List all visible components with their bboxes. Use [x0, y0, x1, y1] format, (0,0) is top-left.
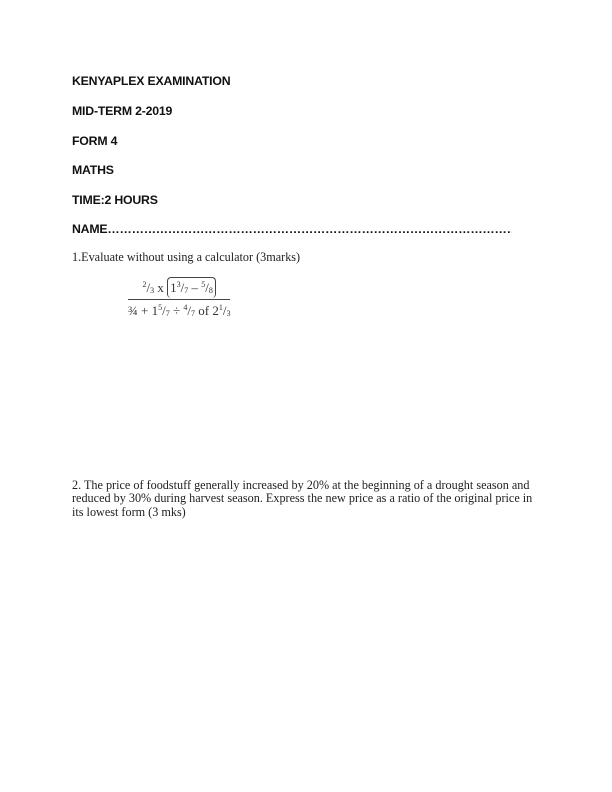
bracket-group: 13/7 – 5/8	[167, 277, 216, 298]
frac-num: 3	[177, 280, 181, 289]
frac-den: 7	[184, 286, 188, 295]
frac-num: 5	[158, 303, 162, 312]
frac-num: 5	[201, 280, 205, 289]
frac-num: 1	[219, 303, 223, 312]
expression-denominator: ¾ + 15/7 ÷ 4/7 of 21/3	[128, 299, 230, 321]
expression-numerator: 2/3 x 13/7 – 5/8	[128, 277, 230, 299]
frac-den: 3	[150, 286, 154, 295]
name-adm-line: NAME…………………………………………………………………………………………………	[72, 222, 512, 236]
question-1-expression: 2/3 x 13/7 – 5/8 ¾ + 15/7 ÷ 4/7 of 21/3	[128, 277, 230, 321]
frac-den: 3	[226, 309, 230, 318]
organization-title: KENYAPLEX EXAMINATION	[72, 74, 230, 88]
question-1-text: 1.Evaluate without using a calculator (3…	[72, 251, 300, 264]
term-title: MID-TERM 2-2019	[72, 104, 172, 118]
divide-sign: ÷	[170, 303, 184, 318]
of-word: of	[195, 303, 212, 318]
subject-title: MATHS	[72, 163, 114, 177]
frac-num: 2	[143, 280, 147, 289]
plus-sign: +	[138, 303, 152, 318]
frac-num: 4	[183, 303, 187, 312]
frac-den: 8	[209, 286, 213, 295]
three-quarters: ¾	[128, 303, 138, 318]
question-2-text: 2. The price of foodstuff generally incr…	[72, 479, 542, 519]
form-title: FORM 4	[72, 134, 117, 148]
time-title: TIME:2 HOURS	[72, 193, 158, 207]
times-sign: x	[157, 280, 164, 295]
minus-sign: –	[192, 280, 199, 295]
